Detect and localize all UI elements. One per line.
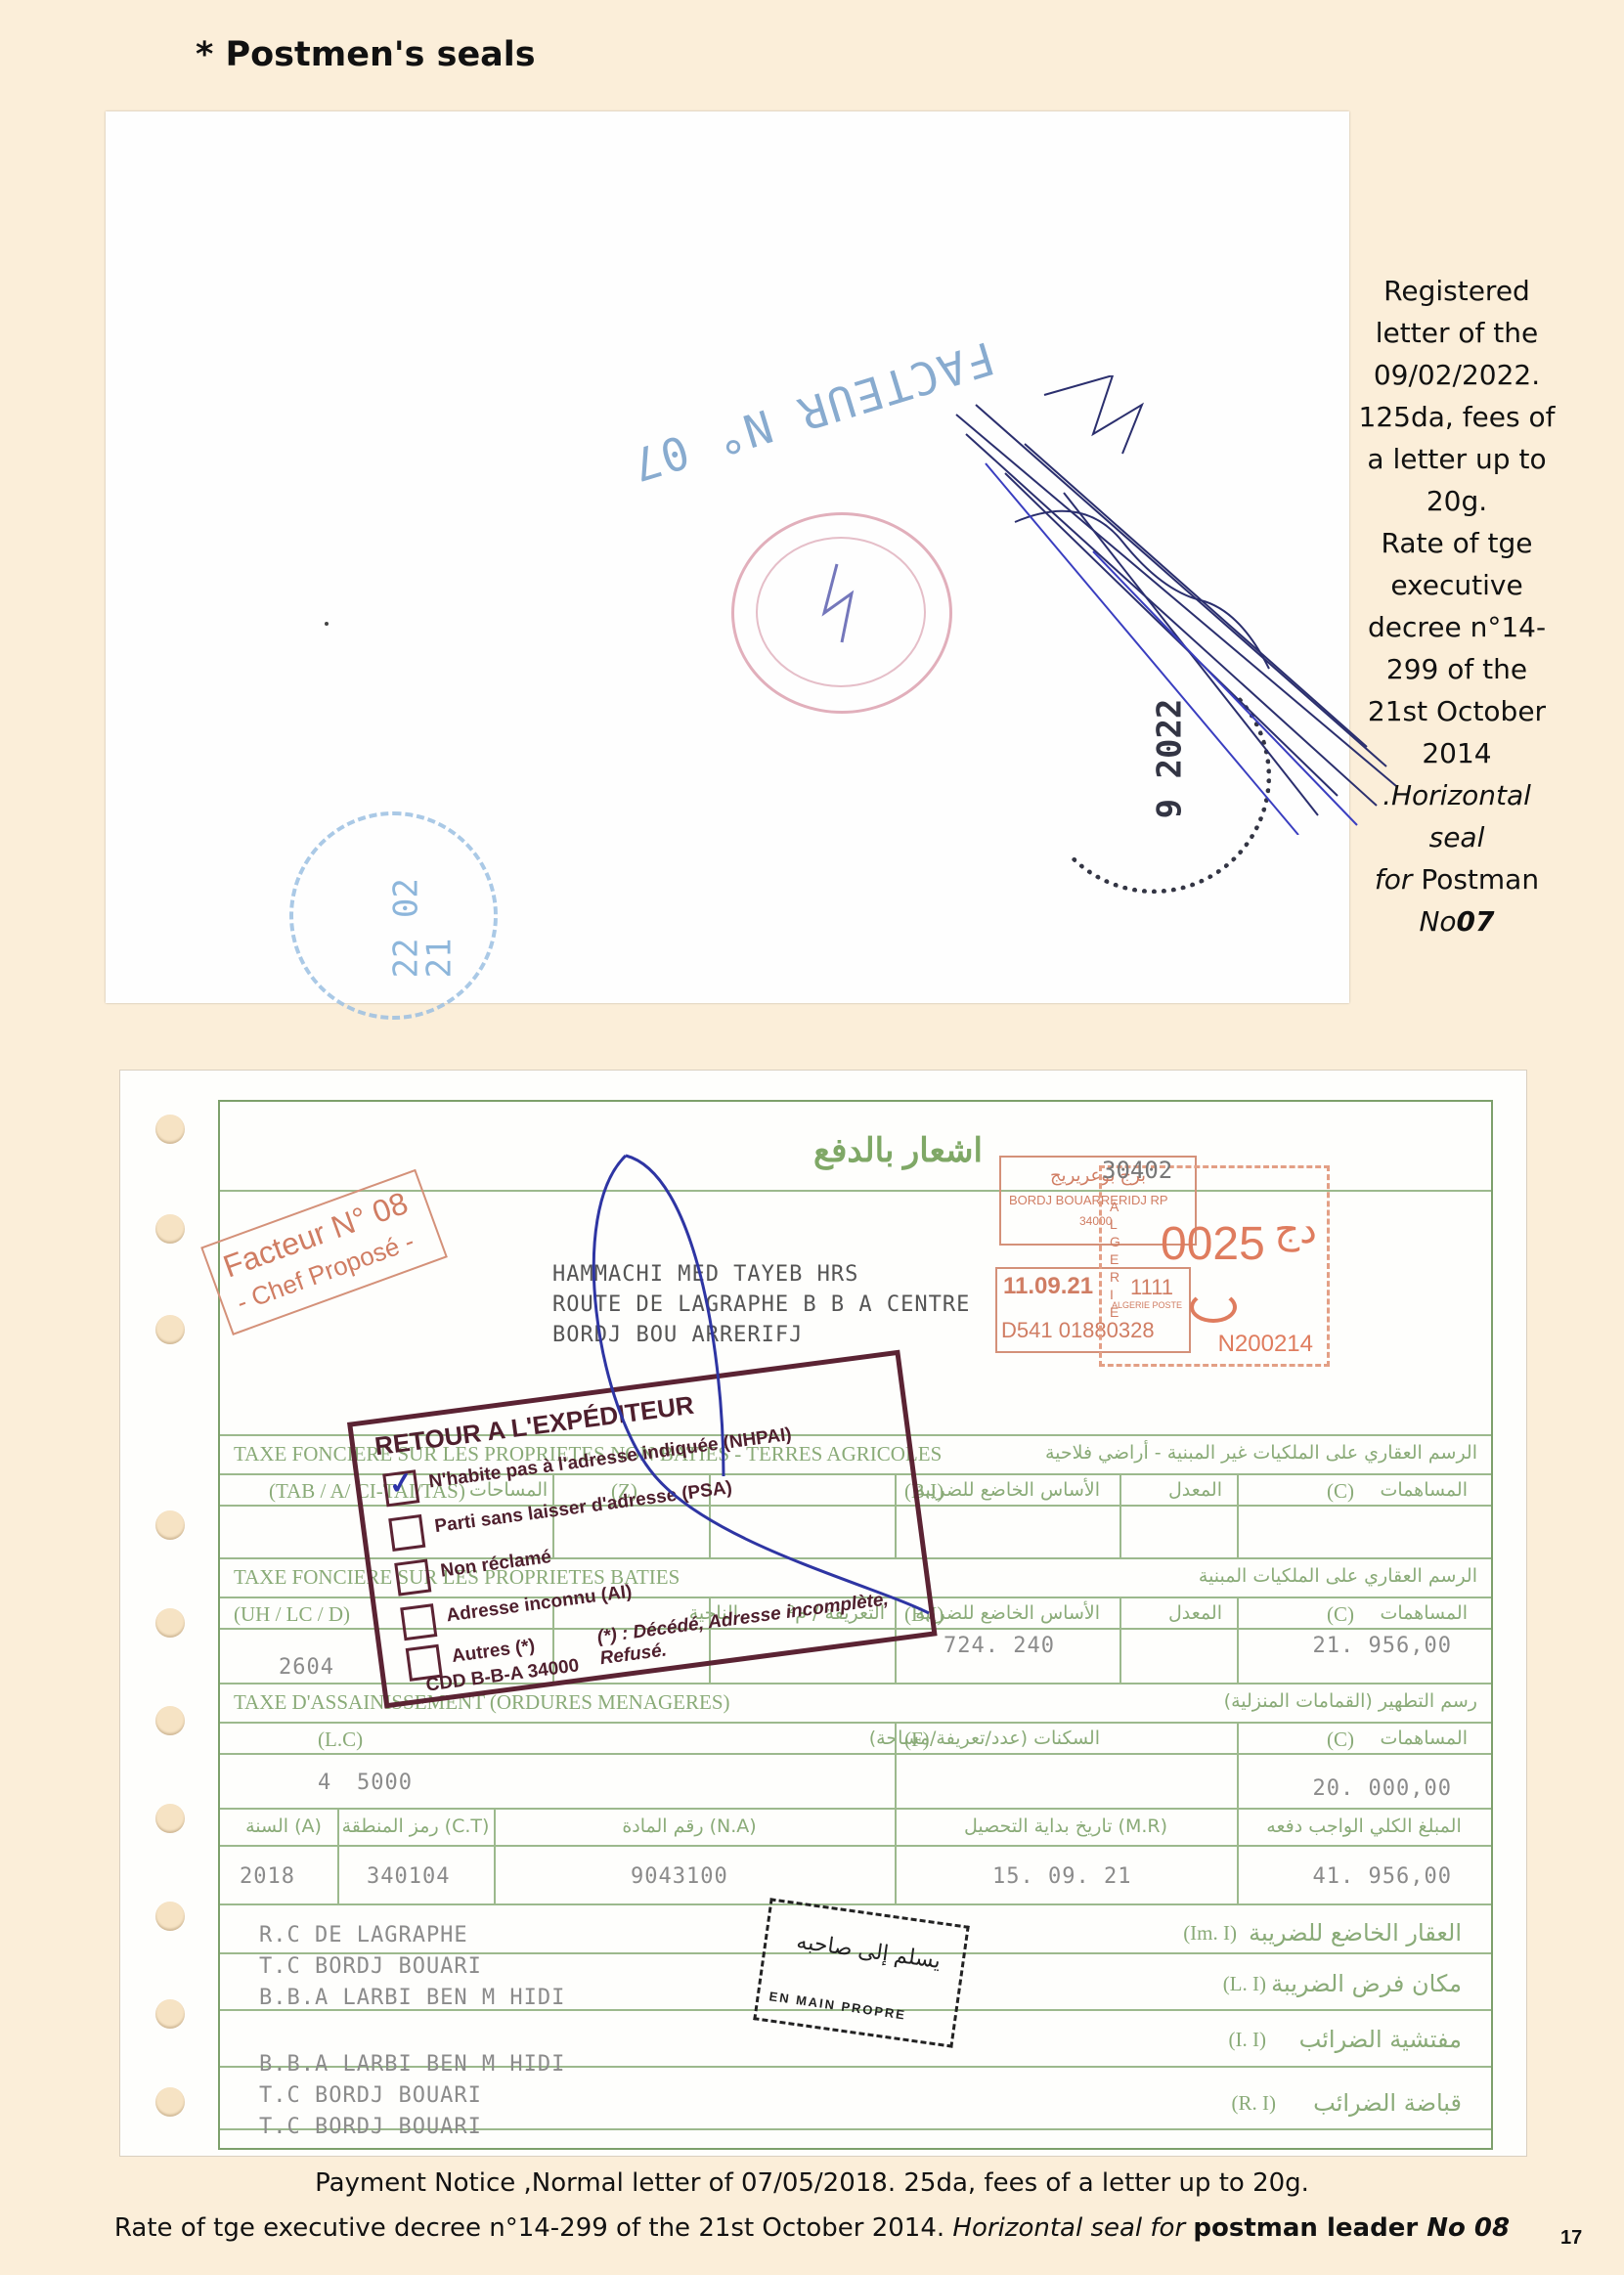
binder-hole <box>155 1999 185 2029</box>
binder-hole <box>155 1608 185 1638</box>
postmark-date: 11.09.21 <box>1003 1273 1093 1300</box>
option-checkbox-psa <box>388 1514 425 1552</box>
option-checkbox-nhpai: ✓ <box>382 1469 419 1507</box>
binder-hole <box>155 1115 185 1144</box>
code-tax-place: (L. I) <box>1223 1972 1266 1996</box>
section2-header-contrib-ar: المساهمات <box>1381 1602 1468 1624</box>
section2-header-rate-ar: المعدل <box>1168 1602 1222 1624</box>
summary-start-date: 15. 09. 21 <box>992 1864 1131 1889</box>
summary-year: 2018 <box>240 1864 295 1889</box>
section2-title-ar: الرسم العقاري على الملكيات المبنية <box>1199 1565 1477 1587</box>
binder-hole <box>155 1706 185 1735</box>
page-title: * Postmen's seals <box>196 35 536 74</box>
code-taxable-property: (Im. I) <box>1183 1921 1237 1946</box>
notice-caption-line1: Payment Notice ,Normal letter of 07/05/2… <box>0 2161 1624 2206</box>
registered-envelope: FACTEUR N° 07 22 02 21 9 2022 <box>106 111 1349 1003</box>
page-number: 17 <box>1560 2227 1582 2250</box>
envelope-caption-number: 07 <box>1457 905 1495 938</box>
label-tax-inspection: مفتشية الضرائب <box>1299 2026 1462 2053</box>
section3-title-ar: رسم التطهير (القمامات المنزلية) <box>1224 1690 1477 1712</box>
section2-header-area: (UH / LC / D) <box>234 1602 350 1627</box>
tax-place-value: T.C BORDJ BOUARI <box>259 1954 482 1979</box>
summary-total: 41. 956,00 <box>1313 1864 1452 1889</box>
address-extra-2: T.C BORDJ BOUARI <box>259 2115 482 2139</box>
blue-circular-postmark: 22 02 21 <box>289 811 498 1020</box>
hand-stamp-fr: EN MAIN PROPRE <box>768 1989 907 2023</box>
binder-hole <box>155 2087 185 2117</box>
envelope-caption-line1: Registered letter of the 09/02/2022. <box>1374 275 1540 391</box>
label-tax-collection: قباضة الضرائب <box>1313 2089 1462 2117</box>
meter-currency: دج <box>1274 1207 1317 1252</box>
section3-header-lc: (L.C) <box>318 1728 363 1752</box>
section3-lc-value: 5000 <box>357 1771 413 1795</box>
franking-meter: 30402 ALGERIE 0025 دج ALGERIE POSTE N200… <box>1099 1165 1330 1367</box>
signature-scribble <box>946 375 1406 835</box>
blue-postmark-date: 22 02 21 <box>390 837 457 979</box>
section2-base-value: 724. 240 <box>944 1634 1055 1658</box>
meter-serial: N200214 <box>1218 1331 1313 1358</box>
taxable-property-value: R.C DE LAGRAPHE <box>259 1923 468 1947</box>
summary-header-article: (N.A) رقم المادة <box>494 1816 885 1837</box>
section3-header-contrib-ar: المساهمات <box>1381 1728 1468 1749</box>
envelope-caption-for: for <box>1375 863 1413 896</box>
summary-header-total: المبلغ الكلي الواجب دفعه <box>1237 1816 1491 1837</box>
label-tax-place: مكان فرض الضريبة <box>1271 1970 1462 1997</box>
section3-contrib-value: 20. 000,00 <box>1313 1776 1452 1801</box>
meter-amount: 0025 <box>1161 1217 1265 1271</box>
code-tax-inspection: (I. I) <box>1229 2028 1266 2052</box>
summary-header-year: (A) السنة <box>230 1816 337 1837</box>
label-taxable-property: العقار الخاضع للضريبة <box>1249 1919 1462 1947</box>
section1-header-contrib: (C) <box>1327 1479 1354 1504</box>
envelope-caption-postman: Postman <box>1421 863 1539 896</box>
tax-collection-value: B.B.A LARBI BEN M HIDI <box>259 2052 565 2077</box>
envelope-caption: Registered letter of the 09/02/2022. 125… <box>1354 270 1559 942</box>
address-extra-1: T.C BORDJ BOUARI <box>259 2083 482 2108</box>
hand-stamp-ar: يسلم إلى صاحبه <box>795 1929 943 1974</box>
envelope-caption-no: No <box>1419 905 1456 938</box>
envelope-caption-line3: Rate of tge executive decree n°14-299 of… <box>1368 527 1546 769</box>
summary-header-start-date: (M.R) تاريخ بداية التحصيل <box>895 1816 1237 1837</box>
tax-inspection-value: B.B.A LARBI BEN M HIDI <box>259 1986 565 2010</box>
section3-lc-count: 4 <box>318 1771 331 1795</box>
summary-zone-code: 340104 <box>367 1864 450 1889</box>
notice-caption-bold: postman leader <box>1193 2213 1426 2243</box>
binder-hole <box>155 1315 185 1344</box>
binder-hole <box>155 1902 185 1931</box>
notice-caption-plain: Rate of tge executive decree n°14-299 of… <box>114 2213 953 2243</box>
section3-header-contrib: (C) <box>1327 1728 1354 1752</box>
binder-hole <box>155 1804 185 1833</box>
binder-hole <box>155 1510 185 1540</box>
notice-caption-line2: Rate of tge executive decree n°14-299 of… <box>0 2206 1624 2251</box>
envelope-caption-italic: .Horizontal seal <box>1383 779 1531 853</box>
notice-caption-italic: Horizontal seal for <box>952 2213 1193 2243</box>
section1-header-rate-ar: المعدل <box>1168 1479 1222 1501</box>
section2-header-contrib: (C) <box>1327 1602 1354 1627</box>
envelope-caption-line2: 125da, fees of a letter up to 20g. <box>1359 401 1556 517</box>
summary-header-zone-code: (C.T) رمز المنطقة <box>337 1816 494 1837</box>
section3-header-housing-ar: السكنات (عدد/تعريفة/مساحة) <box>869 1728 1100 1749</box>
algerie-poste-logo-icon <box>1190 1291 1237 1323</box>
section1-title-ar: الرسم العقاري على الملكيات غير المبنية -… <box>1045 1442 1477 1464</box>
meter-top-code: 30402 <box>1102 1157 1172 1184</box>
meter-issuer: ALGERIE POSTE <box>1112 1300 1182 1310</box>
section2-contrib-value: 21. 956,00 <box>1313 1634 1452 1658</box>
option-checkbox-ai <box>400 1603 437 1641</box>
notice-caption-number: No 08 <box>1426 2213 1510 2243</box>
code-tax-collection: (R. I) <box>1232 2091 1277 2116</box>
section2-area-value: 2604 <box>279 1655 334 1680</box>
section1-header-contrib-ar: المساهمات <box>1381 1479 1468 1501</box>
binder-hole <box>155 1214 185 1244</box>
notice-caption: Payment Notice ,Normal letter of 07/05/2… <box>0 2161 1624 2251</box>
red-circular-postmark <box>731 512 952 714</box>
option-non-reclame: Non réclamé <box>439 1547 552 1583</box>
option-checkbox-non-reclame <box>394 1559 431 1597</box>
summary-article: 9043100 <box>631 1864 728 1889</box>
pen-loop-mark <box>577 1154 948 1623</box>
postman-07-seal: FACTEUR N° 07 <box>625 331 1001 493</box>
